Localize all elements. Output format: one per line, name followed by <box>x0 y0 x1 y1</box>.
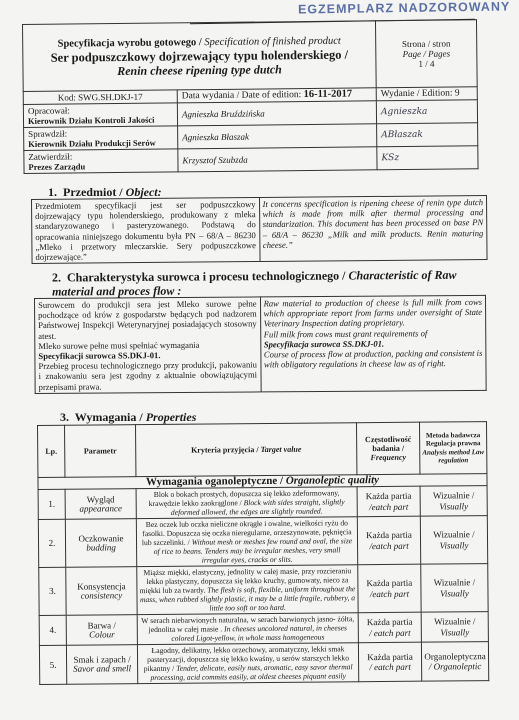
row-method: Wizualnie /Visually <box>420 486 487 517</box>
method-en: Visually <box>440 588 469 598</box>
table-header-row: Lp. Parametr Kryteria przyjęcia / Target… <box>38 422 487 478</box>
title-cell: Specyfikacja wyrobu gotowego / Specifica… <box>23 21 377 92</box>
col-method: Metoda badawcza Regulacja prawnaAnalysis… <box>419 422 486 475</box>
row-parameter: Barwa /Colour <box>66 615 137 646</box>
parameter-en: Colour <box>89 629 115 639</box>
row-criteria: Miąższ miękki, elastyczny, jednolity w c… <box>137 565 358 615</box>
section-title-pl: Charakterystyka surowca i procesu techno… <box>67 268 346 284</box>
paragraph: Surowcem do produkcji sera jest Mleko su… <box>38 298 257 340</box>
col-frequency: Częstotliwość badania /Frequency <box>356 422 419 475</box>
spec-reference: Specyfikacja surowca SS.DKJ-01. <box>264 338 384 349</box>
raw-material-pl: Surowcem do produkcji sera jest Mleko su… <box>35 297 261 393</box>
col-criteria-en: Target value <box>261 445 302 454</box>
parameter-en: budding <box>86 542 116 552</box>
signature: KSz <box>377 146 478 170</box>
signature: Agnieszka <box>376 100 477 124</box>
frequency-pl: Każda partia <box>361 651 419 662</box>
method-pl: Wizualnie / <box>423 577 485 588</box>
row-method: Wizualnie /Visually <box>421 612 488 643</box>
section-title-pl: Przedmiot / <box>63 185 123 199</box>
object-pl: Przedmiotem specyfikacji jest ser podpus… <box>32 198 260 264</box>
person-name: Agnieszka Bruździńska <box>177 101 376 126</box>
row-method: Wizualnie /Visually <box>421 564 488 613</box>
document-header-table: Specyfikacja wyrobu gotowego / Specifica… <box>22 19 479 174</box>
section-title-en: Properties <box>146 410 197 424</box>
page-cell: Strona / stron Page / Pages 1 / 4 <box>375 20 477 88</box>
date-value: 16-11-2017 <box>304 89 353 101</box>
method-en: Visually <box>439 501 468 511</box>
row-frequency: Każda partia/ eatch part <box>358 612 421 643</box>
section-3-heading: 3. Wymagania / Properties <box>60 410 196 425</box>
col-parameter: Parametr <box>65 425 136 478</box>
controlled-copy-stamp: EGZEMPLARZ NADZOROWANY <box>298 0 510 16</box>
row-parameter: Wyglądappearance <box>65 489 136 520</box>
row-parameter: Konsystencjaconsistency <box>66 567 137 616</box>
paragraph: Przebieg procesu technologicznego przy p… <box>38 360 257 392</box>
row-number: 2. <box>38 519 65 567</box>
method-en: Visually <box>440 540 469 550</box>
row-criteria: Bez oczek lub oczka nieliczne okrągłe i … <box>136 517 357 567</box>
col-method-en: Analysis method Law regulation <box>422 448 484 465</box>
section-number: 1. <box>48 185 57 199</box>
paragraph: Full milk from cows must grant requireme… <box>264 328 428 339</box>
properties-table: Lp. Parametr Kryteria przyjęcia / Target… <box>37 421 489 685</box>
criteria-en: Tender, delicate, easily nuts, aromatic,… <box>150 662 352 682</box>
table-row: 4.Barwa /ColourW serach niebarwionych na… <box>39 612 488 646</box>
table-row: 2.OczkowaniebuddingBez oczek lub oczka n… <box>38 516 487 568</box>
table-row: 1.WyglądappearanceBlok o bokach prostych… <box>38 486 487 520</box>
col-lp: Lp. <box>38 425 65 477</box>
band-en: Organoleptic quality <box>286 474 379 487</box>
row-number: 3. <box>39 567 66 615</box>
frequency-en: /eatch part <box>369 540 408 550</box>
row-method: Organoleptyczna/ Organoleptic <box>421 642 488 682</box>
row-parameter: Smak i zapach /Savor and smell <box>66 645 137 685</box>
row-number: 1. <box>38 489 65 519</box>
role-title: Kierownik Działu Produkcji Serów <box>28 138 156 149</box>
approval-row: Zatwierdził:Prezes Zarządu Krzysztof Szu… <box>24 146 478 174</box>
title-en: Specification of finished product <box>204 36 340 48</box>
band-pl: Wymagania oganoleptyczne / <box>146 475 283 488</box>
person-name: Krzysztof Szubzda <box>178 147 377 172</box>
row-method: Wizualnie /Visually <box>420 516 487 565</box>
row-parameter: Oczkowaniebudding <box>65 519 136 568</box>
paragraph: Mleko surowe pełne musi spełniać wymagan… <box>38 340 199 351</box>
document-page: EGZEMPLARZ NADZOROWANY Specyfikacja wyro… <box>0 0 519 720</box>
row-frequency: Każda partia/ eatch part <box>358 642 421 682</box>
frequency-pl: Każda partia <box>360 491 418 502</box>
date-label: Data wydania / Date of edition: <box>182 90 302 101</box>
section-2-heading: 2. Charakterystyka surowca i procesu tec… <box>52 267 492 298</box>
paragraph: Course of process flow at production, pa… <box>264 348 483 370</box>
section-number: 3. <box>60 410 69 424</box>
section-1-table: Przedmiotem specyfikacji jest ser podpus… <box>31 195 488 264</box>
title-pl: Specyfikacja wyrobu gotowego / <box>58 37 202 50</box>
method-pl: Wizualnie / <box>424 616 486 627</box>
col-method-pl: Metoda badawcza Regulacja prawna <box>426 431 481 448</box>
method-pl: Organoleptyczna <box>424 651 486 662</box>
method-pl: Wizualnie / <box>423 490 485 501</box>
table-row: 5.Smak i zapach /Savor and smellŁagodny,… <box>39 642 488 685</box>
frequency-pl: Każda partia <box>360 530 418 541</box>
edition-cell: Wydanie / Edition: 9 <box>376 87 477 101</box>
section-2-table: Surowcem do produkcji sera jest Mleko su… <box>34 295 487 394</box>
row-criteria: W serach niebarwionych naturalna, w sera… <box>137 613 358 645</box>
edition-label: Wydanie / Edition: <box>381 88 453 99</box>
edition-value: 9 <box>455 88 460 98</box>
method-en: / Organoleptic <box>429 661 482 671</box>
role-title: Kierownik Działu Kontroli Jakości <box>28 115 155 126</box>
spec-reference: Specyfikacji surowca SS.DKJ-01. <box>38 350 160 361</box>
role-label: Zatwierdził: <box>28 150 173 162</box>
object-en: It concerns specification is ripening ch… <box>259 196 487 262</box>
row-criteria: Blok o bokach prostych, dopuszcza się le… <box>136 487 357 519</box>
frequency-en: /eatch part <box>369 501 408 511</box>
row-frequency: Każda partia/eatch part <box>357 516 420 565</box>
table-row: 3.KonsystencjaconsistencyMiąższ miękki, … <box>39 564 488 616</box>
parameter-en: appearance <box>79 503 122 513</box>
page-number: 1 / 4 <box>380 58 472 69</box>
row-frequency: Każda partia/eatch part <box>358 564 421 613</box>
col-frequency-en: Frequency <box>370 453 406 462</box>
method-pl: Wizualnie / <box>423 529 485 540</box>
frequency-en: / eatch part <box>369 627 411 637</box>
frequency-pl: Każda partia <box>361 617 419 628</box>
frequency-pl: Każda partia <box>360 578 418 589</box>
paragraph: Raw material to production of cheese is … <box>264 297 483 329</box>
parameter-en: consistency <box>81 590 123 600</box>
raw-material-en: Raw material to production of cheese is … <box>260 295 486 391</box>
frequency-en: / eatch part <box>369 662 411 672</box>
col-criteria: Kryteria przyjęcia / Target value <box>136 423 357 477</box>
row-number: 5. <box>39 645 66 684</box>
person-name: Agnieszka Błaszak <box>178 124 377 149</box>
row-frequency: Każda partia/eatch part <box>357 486 420 517</box>
role-title: Prezes Zarządu <box>28 161 85 172</box>
section-title-en: Object: <box>126 185 162 199</box>
parameter-en: Savor and smell <box>73 663 131 674</box>
signature: ABłaszak <box>377 123 478 147</box>
col-criteria-pl: Kryteria przyjęcia / <box>191 445 259 455</box>
section-number: 2. <box>52 270 61 284</box>
method-en: Visually <box>440 627 469 637</box>
col-frequency-pl: Częstotliwość badania / <box>365 435 411 453</box>
frequency-en: /eatch part <box>370 588 409 598</box>
section-title-pl: Wymagania / <box>75 410 143 424</box>
row-number: 4. <box>39 615 66 645</box>
row-criteria: Łagodny, delikatny, lekko orzechowy, aro… <box>137 643 358 684</box>
